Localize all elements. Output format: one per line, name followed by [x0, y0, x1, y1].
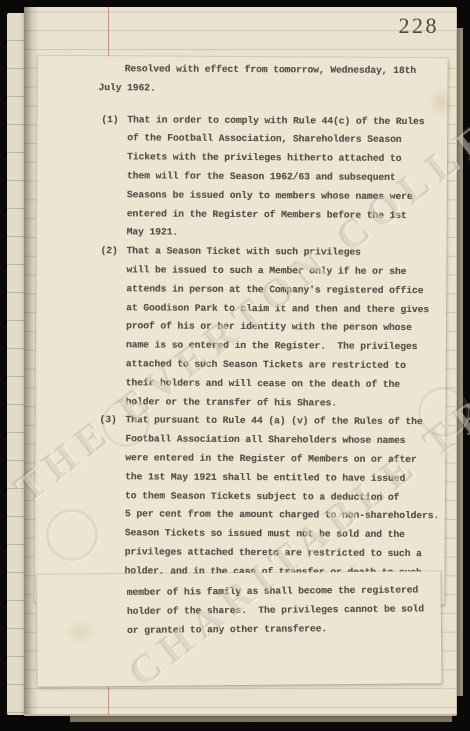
typed-text: their holders and will cease on the deat…	[126, 374, 400, 394]
item-number	[100, 374, 126, 393]
typed-line: holder of the shares. The privileges can…	[37, 600, 441, 622]
typed-line: proof of his or her identity with the pe…	[36, 317, 446, 338]
typed-line: (3)That pursuant to Rule 44 (a) (v) of t…	[35, 411, 445, 432]
item-number	[101, 186, 127, 205]
typed-line: Football Association all Shareholders wh…	[35, 430, 445, 451]
page-number: 228	[399, 13, 440, 39]
typed-line: July 1962.	[37, 79, 447, 100]
ledger-page: 228 Resolved with effect from tomorrow, …	[24, 7, 457, 716]
typed-text: will be issued to such a Member only if …	[126, 261, 406, 282]
item-number	[101, 167, 127, 186]
typed-text: May 1921.	[127, 224, 179, 243]
typed-line: Tickets with the privileges hitherto att…	[37, 148, 447, 169]
item-number	[99, 524, 125, 543]
typed-text: holder or the transfer of his Shares.	[125, 393, 337, 413]
typed-text: proof of his or her identity with the pe…	[126, 318, 412, 339]
typed-line: (1)That in order to comply with Rule 44(…	[37, 110, 447, 131]
page-stack-right-edge	[457, 28, 463, 696]
item-number	[100, 299, 126, 318]
item-number	[101, 603, 127, 622]
item-number	[100, 280, 126, 299]
typed-line: Seasons be issued only to members whose …	[37, 186, 447, 207]
typed-text: to them Season Tickets subject to a dedu…	[125, 487, 399, 507]
item-number	[101, 224, 127, 243]
page-stack-bottom-edge	[70, 716, 452, 722]
typed-line: at Goodison Park to claim it and then an…	[36, 298, 446, 319]
item-number	[99, 393, 125, 412]
typed-text: July 1962.	[98, 79, 155, 98]
pasted-sheet-2: member of his family as shall become the…	[37, 571, 442, 687]
typed-text: of the Football Association, Shareholder…	[127, 130, 401, 150]
item-number: (1)	[101, 111, 127, 130]
typed-line: holder or the transfer of his Shares.	[36, 392, 446, 413]
typed-text: the 1st May 1921 shall be entitled to ha…	[125, 468, 405, 489]
typed-text: member of his family as shall become the…	[127, 581, 419, 602]
item-number	[101, 130, 127, 149]
item-number	[101, 584, 127, 603]
typed-text: Resolved with effect from tomorrow, Wedn…	[125, 60, 417, 81]
typed-line: were entered in the Register of Members …	[35, 449, 445, 470]
typed-text: attached to such Season Tickets are rest…	[126, 355, 406, 376]
previous-page-edge	[7, 13, 24, 715]
typed-line: will be issued to such a Member only if …	[36, 261, 446, 282]
typed-line: (2)That a Season Ticket with such privil…	[36, 242, 446, 263]
item-number	[100, 336, 126, 355]
typed-text: attends in person at the Company's regis…	[126, 280, 423, 301]
typed-line: of the Football Association, Shareholder…	[37, 129, 447, 150]
item-number	[99, 430, 125, 449]
item-number	[101, 622, 127, 641]
item-number	[99, 505, 125, 524]
typed-text: or granted to any other transferee.	[127, 620, 327, 641]
pasted-sheet-1: Resolved with effect from tomorrow, Wedn…	[34, 56, 447, 604]
item-number	[101, 205, 127, 224]
typed-text: entered in the Register of Members befor…	[127, 205, 407, 226]
typed-text: holder of the shares. The privileges can…	[127, 600, 424, 621]
item-number	[99, 468, 125, 487]
typed-line: them will for the Season 1962/63 and sub…	[37, 167, 447, 188]
typed-line: or granted to any other transferee.	[37, 619, 441, 641]
typed-text: them will for the Season 1962/63 and sub…	[127, 167, 396, 187]
typed-text: That a Season Ticket with such privilege…	[126, 242, 360, 262]
typed-text: 5 per cent from the amount charged to no…	[125, 506, 439, 527]
item-number	[99, 543, 125, 562]
typed-text: Tickets with the privileges hitherto att…	[127, 148, 401, 168]
typed-text: privileges attached thereto are restrict…	[125, 543, 422, 564]
typed-line: attached to such Season Tickets are rest…	[36, 355, 446, 376]
item-number	[99, 487, 125, 506]
typed-text: at Goodison Park to claim it and then an…	[126, 299, 429, 320]
item-number: (3)	[99, 411, 125, 430]
typed-line: attends in person at the Company's regis…	[36, 280, 446, 301]
typed-text: Season Tickets so issued must not be sol…	[125, 524, 405, 545]
typed-text: Seasons be issued only to members whose …	[127, 186, 413, 207]
typed-text: were entered in the Register of Members …	[125, 449, 417, 470]
typed-line: the 1st May 1921 shall be entitled to ha…	[35, 467, 445, 488]
photo-backdrop: 228 Resolved with effect from tomorrow, …	[0, 0, 470, 731]
typed-line: entered in the Register of Members befor…	[37, 204, 447, 225]
typed-line: 5 per cent from the amount charged to no…	[35, 505, 445, 526]
item-number	[99, 449, 125, 468]
typed-line: privileges attached thereto are restrict…	[35, 543, 445, 564]
item-number: (2)	[100, 242, 126, 261]
typed-line: Season Tickets so issued must not be sol…	[35, 524, 445, 545]
item-number	[101, 148, 127, 167]
typed-line: name is so entered in the Register. The …	[36, 336, 446, 357]
typed-line: their holders and will cease on the deat…	[36, 373, 446, 394]
typed-line: to them Season Tickets subject to a dedu…	[35, 486, 445, 507]
typed-line: Resolved with effect from tomorrow, Wedn…	[38, 60, 448, 81]
typed-text: name is so entered in the Register. The …	[126, 336, 418, 357]
item-number	[100, 261, 126, 280]
typed-text: Football Association all Shareholders wh…	[125, 430, 405, 451]
item-number	[100, 317, 126, 336]
typed-line: May 1921.	[37, 223, 447, 244]
typed-text: That pursuant to Rule 44 (a) (v) of the …	[125, 412, 422, 433]
item-number	[100, 355, 126, 374]
typed-text: That in order to comply with Rule 44(c) …	[127, 111, 424, 132]
